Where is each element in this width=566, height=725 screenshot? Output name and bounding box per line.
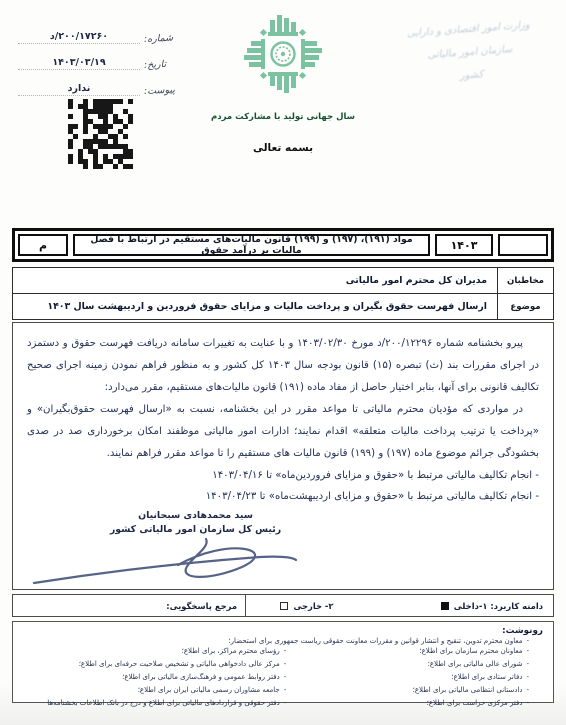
qr-module [103,164,108,169]
classification-empty-cell [498,234,548,256]
external-checkbox-unchecked [280,602,288,610]
internal-checkbox-checked [441,602,449,610]
subject-value: ارسال فهرست حقوق بگیران و پرداخت مالیات … [13,301,497,312]
qr-module [128,164,133,169]
cc-left-column-item: مرکز عالی دادخواهی مالیاتی و تشخیص صلاحی… [23,658,286,671]
cc-columns: معاونان محترم سازمان برای اطلاع؛شورای عا… [23,645,529,710]
deadline-farvardin: - انجام تکالیف مالیاتی مرتبط با «حقوق و … [27,465,539,487]
scope-row: دامنه کاربرد: ۱-داخلی ۲- خارجی مرجع پاسخ… [12,594,554,617]
cc-right-column: معاونان محترم سازمان برای اطلاع؛شورای عا… [296,645,529,710]
date-field: تاریخ: ۱۴۰۳/۰۳/۱۹ [18,44,188,70]
letter-body: پیرو بخشنامه شماره ۲۰۰/۱۲۲۹۶/د مورخ ۱۴۰۳… [12,322,554,590]
qr-module [83,164,88,169]
signature-block: سید محمدهادی سبحانیان رئیس کل سازمان امو… [88,509,303,537]
signer-title: رئیس کل سازمان امور مالیاتی کشور [88,523,303,537]
qr-module [108,164,113,169]
cc-left-column-item: رؤسای محترم مراکز، برای اطلاع؛ [23,645,286,658]
cc-left-column-item: جامعه مشاوران رسمی مالیاتی ایران برای اط… [23,684,286,697]
qr-module [88,164,93,169]
cc-right-column-item: دادستانی انتظامی مالیاتی برای اطلاع؛ [296,684,529,697]
recipients-label: مخاطبان [497,268,553,293]
scope-external-label: ۲- خارجی [293,601,333,611]
body-paragraph-1: پیرو بخشنامه شماره ۲۰۰/۱۲۲۹۶/د مورخ ۱۴۰۳… [27,333,539,399]
cc-right-column-item: شورای عالی مالیاتی برای اطلاع؛ [296,658,529,671]
attachment-value: ندارد [18,83,140,96]
qr-module [113,164,118,169]
recipients-subject-table: مخاطبان مدیران کل محترم امور مالیاتی موض… [12,267,554,320]
qr-module [68,164,73,169]
qr-module [118,164,123,169]
qr-code [68,99,133,169]
cc-full-line: معاون محترم تدوین، تنقیح و انتشار قوانین… [23,637,529,645]
year-slogan: سال جهانی تولید با مشارکت مردم [158,112,408,122]
scanned-circular-document: شماره: ۲۰۰/۱۷۲۶۰/د تاریخ: ۱۴۰۳/۰۳/۱۹ پیو… [0,0,566,725]
cc-right-column-item: معاونان محترم سازمان برای اطلاع؛ [296,645,529,658]
authority-cell: مرجع پاسخگویی: [13,595,246,616]
scope-external: ۲- خارجی [246,601,368,611]
cc-left-column-item: دفتر روابط عمومی و فرهنگ‌سازی مالیاتی بر… [23,671,286,684]
attachment-label: پیوست: [140,84,189,97]
cc-left-column: رؤسای محترم مراکز، برای اطلاع؛مرکز عالی … [23,645,286,710]
ministry-letterhead: وزارت امور اقتصادی و داراییسازمان امور م… [383,12,557,93]
classification-band: ۱۴۰۳ مواد (۱۹۱)، (۱۹۷) و (۱۹۹) قانون مال… [12,228,554,262]
deadline-ordibehesht: - انجام تکالیف مالیاتی مرتبط با «حقوق و … [27,486,539,508]
subject-label: موضوع [497,294,553,319]
qr-module [78,164,83,169]
scope-internal: دامنه کاربرد: ۱-داخلی [368,601,553,611]
handwritten-signature [28,535,358,590]
qr-module [73,164,78,169]
number-value: ۲۰۰/۱۷۲۶۰/د [18,31,140,44]
scope-internal-label: دامنه کاربرد: ۱-داخلی [454,601,543,611]
signer-name: سید محمدهادی سبحانیان [88,509,303,523]
number-field: شماره: ۲۰۰/۱۷۲۶۰/د [18,18,188,44]
recipients-value: مدیران کل محترم امور مالیاتی [13,275,497,286]
qr-module [123,164,128,169]
body-paragraph-2: در مواردی که مؤدیان محترم مالیاتی تا موا… [27,399,539,465]
recipients-row: مخاطبان مدیران کل محترم امور مالیاتی [13,268,553,293]
date-value: ۱۴۰۳/۰۳/۱۹ [18,57,140,70]
classification-year-cell: ۱۴۰۳ [435,234,493,256]
qr-module [93,164,98,169]
besmele-text: بسمه تعالی [158,142,408,154]
document-meta: شماره: ۲۰۰/۱۷۲۶۰/د تاریخ: ۱۴۰۳/۰۳/۱۹ پیو… [18,18,188,96]
attachment-field: پیوست: ندارد [18,70,188,96]
cc-section: رونوشت: معاون محترم تدوین، تنقیح و انتشا… [12,621,554,703]
authority-label: مرجع پاسخگویی: [166,601,237,611]
subject-row: موضوع ارسال فهرست حقوق بگیران و پرداخت م… [13,293,553,319]
qr-module [98,164,103,169]
cc-right-column-item: دفتر مرکزی حراست برای اطلاع؛ [296,697,529,710]
tax-administration-emblem-icon [243,12,323,96]
cc-title: رونوشت: [23,626,543,636]
classification-subject-cell: مواد (۱۹۱)، (۱۹۷) و (۱۹۹) قانون مالیات‌ه… [73,234,430,256]
classification-letter-cell: م [18,234,68,256]
cc-right-column-item: دفاتر ستادی برای اطلاع؛ [296,671,529,684]
cc-left-column-item: دفتر حقوقی و قراردادهای مالیاتی برای اطل… [23,697,286,710]
